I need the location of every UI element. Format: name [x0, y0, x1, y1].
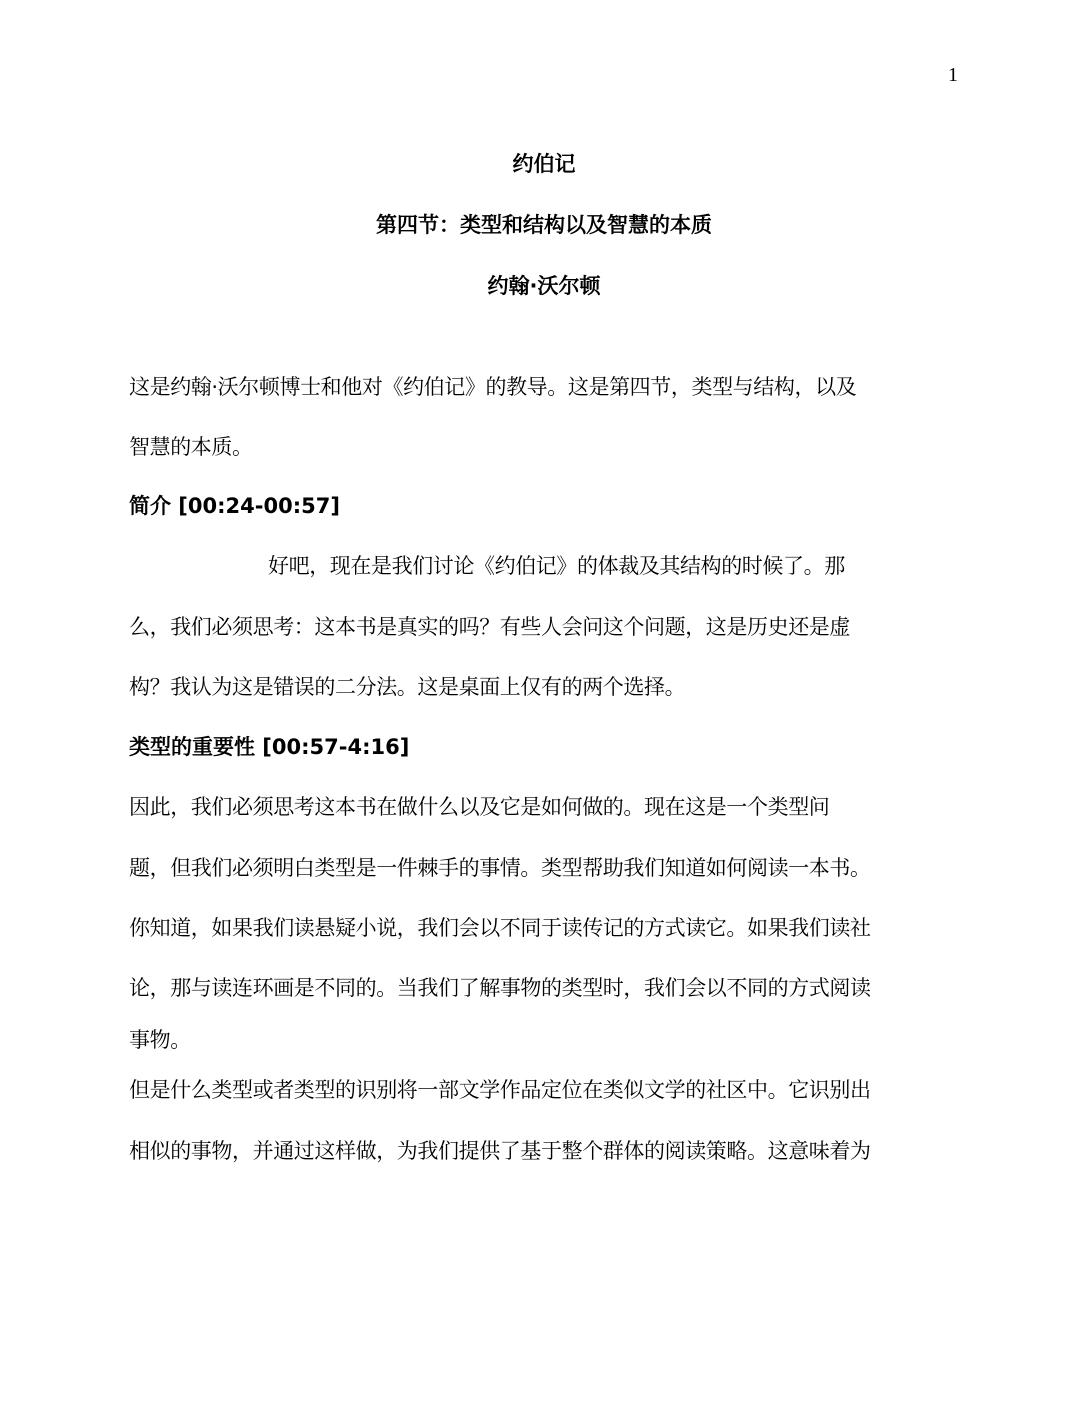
text-line: 论，那与读连环画是不同的。当我们了解事物的类型时，我们会以不同的方式阅读: [129, 972, 871, 1002]
text-line: 相似的事物，并通过这样做，为我们提供了基于整个群体的阅读策略。这意味着为: [129, 1135, 871, 1165]
section-heading: 类型的重要性 [00:57-4:16]: [129, 731, 409, 761]
text-line: 这是约翰·沃尔顿博士和他对《约伯记》的教导。这是第四节，类型与结构，以及: [129, 371, 856, 401]
section-heading: 简介 [00:24-00:57]: [129, 490, 340, 520]
text-line: 智慧的本质。: [129, 431, 253, 461]
text-line: 题，但我们必须明白类型是一件棘手的事情。类型帮助我们知道如何阅读一本书。: [129, 852, 871, 882]
text-line: 但是什么类型或者类型的识别将一部文学作品定位在类似文学的社区中。它识别出: [129, 1074, 871, 1104]
text-line: 你知道，如果我们读悬疑小说，我们会以不同于读传记的方式读它。如果我们读社: [129, 912, 871, 942]
document-author: 约翰·沃尔顿: [0, 270, 1088, 300]
document-subtitle: 第四节：类型和结构以及智慧的本质: [0, 209, 1088, 239]
page-number: 1: [948, 64, 958, 87]
text-line: 好吧，现在是我们讨论《约伯记》的体裁及其结构的时候了。那: [268, 550, 845, 580]
text-line: 事物。: [129, 1024, 191, 1054]
document-title: 约伯记: [0, 148, 1088, 178]
text-line: 因此，我们必须思考这本书在做什么以及它是如何做的。现在这是一个类型问: [129, 791, 829, 821]
text-line: 么，我们必须思考：这本书是真实的吗？有些人会问这个问题，这是历史还是虚: [129, 611, 850, 641]
text-line: 构？我认为这是错误的二分法。这是桌面上仅有的两个选择。: [129, 671, 685, 701]
